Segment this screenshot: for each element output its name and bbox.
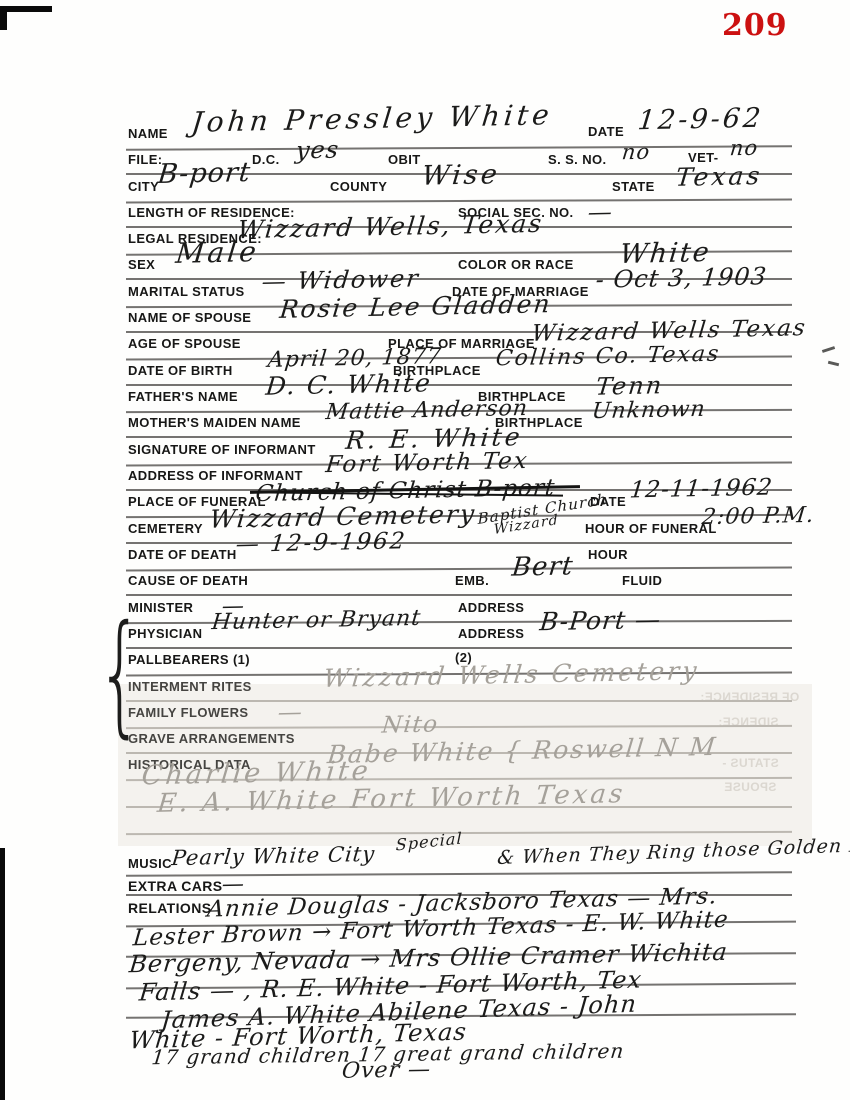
hour-of-funeral-value: 2:00 P.M. — [701, 503, 816, 530]
cemetery-label: CEMETERY — [128, 521, 203, 536]
signature-of-informant-label: SIGNATURE OF INFORMANT — [128, 442, 316, 457]
social-sec-value: — — [587, 198, 615, 227]
ssno-value: no — [621, 140, 652, 165]
county-value: Wise — [420, 159, 501, 192]
grave-arrangements-label: GRAVE ARRANGEMENTS — [128, 731, 295, 746]
scan-stray-mark-1 — [822, 346, 835, 353]
date-of-birth-label: DATE OF BIRTH — [128, 363, 233, 378]
pallbearers-label: PALLBEARERS (1) — [128, 652, 250, 667]
spouse-value: Rosie Lee Gladden — [278, 289, 553, 324]
interment-rites-label: INTERMENT RITES — [128, 679, 252, 694]
cause-of-death-label: CAUSE OF DEATH — [128, 573, 248, 588]
name-label: NAME — [128, 126, 168, 141]
obit-label: OBIT — [388, 152, 421, 167]
state-value: Texas — [674, 161, 764, 192]
scan-stray-mark-2 — [828, 361, 839, 367]
rule-line — [126, 542, 792, 544]
vet-value: no — [729, 136, 760, 161]
legal-residence-value: Wizzard Wells, Texas — [236, 209, 545, 244]
dc-value: yes — [295, 136, 341, 165]
dc-label: D.C. — [252, 152, 280, 167]
physician-address-value: B-Port — — [538, 605, 662, 637]
informant-address-value: Fort Worth Tex — [324, 448, 530, 478]
city-label: CITY — [128, 179, 159, 194]
date-value: 12-9-62 — [636, 103, 765, 137]
county-label: COUNTY — [330, 179, 387, 194]
state-label: STATE — [612, 179, 655, 194]
fluid-label: FLUID — [622, 573, 662, 588]
music-value-part1: Pearly White City — [171, 842, 377, 870]
father-value: D. C. White — [264, 368, 433, 400]
date-of-marriage-value: - Oct 3, 1903 — [594, 262, 768, 294]
rule-line — [126, 199, 792, 204]
marital-status-label: MARITAL STATUS — [128, 284, 245, 299]
marital-status-value: — Widower — [260, 264, 421, 295]
funeral-date-value: 12-11-1962 — [629, 475, 775, 504]
minister-address-label: ADDRESS — [458, 600, 524, 615]
physician-value: Hunter or Bryant — [210, 606, 422, 635]
sex-label: SEX — [128, 257, 155, 272]
birthplace-self-value: Collins Co. Texas — [494, 342, 721, 372]
emb-value: Bert — [510, 551, 575, 582]
ssno-label: S. S. NO. — [548, 152, 607, 167]
extra-cars-value: — — [221, 872, 247, 897]
scan-corner-mark-vertical — [0, 6, 7, 30]
rule-line-faint — [126, 700, 792, 702]
ghost-text-spouse: SPOUSE — [724, 780, 776, 794]
city-value: B-port — [156, 157, 252, 190]
over-note: Over — — [341, 1057, 433, 1084]
extra-cars-label: EXTRA CARS — [128, 878, 223, 894]
name-value: John Pressley White — [190, 98, 555, 139]
physician-address-label: ADDRESS — [458, 626, 524, 641]
grave-arrangements-value: Nito — [381, 711, 440, 738]
family-flowers-value: — — [277, 698, 305, 727]
rule-line — [126, 647, 792, 649]
date-of-death-label: DATE OF DEATH — [128, 547, 237, 562]
name-of-spouse-label: NAME OF SPOUSE — [128, 310, 251, 325]
page-number: 209 — [722, 8, 788, 43]
scanned-funeral-record-page: 209 OF RESIDENCE: SIDENCE: STATUS - SPOU… — [0, 0, 850, 1100]
father-birthplace-value: Tenn — [594, 371, 664, 400]
date-label: DATE — [588, 124, 624, 139]
hour-label: HOUR — [588, 547, 628, 562]
date-of-death-value: — 12-9-1962 — [234, 528, 407, 558]
scan-edge-bar — [0, 848, 5, 1100]
file-label: FILE: — [128, 152, 163, 167]
hour-of-funeral-label: HOUR OF FUNERAL — [585, 521, 717, 536]
ghost-text-status: STATUS - — [722, 756, 779, 770]
rule-line — [126, 384, 792, 386]
rule-line — [126, 567, 792, 572]
mother-birthplace-value: Unknown — [591, 397, 707, 424]
relations-label: RELATIONS — [128, 900, 211, 916]
music-label: MUSIC — [128, 856, 172, 871]
color-or-race-label: COLOR OR RACE — [458, 257, 574, 272]
emb-label: EMB. — [455, 573, 489, 588]
minister-label: MINISTER — [128, 600, 193, 615]
age-of-spouse-label: AGE OF SPOUSE — [128, 336, 241, 351]
sex-value: Male — [174, 235, 260, 270]
scan-corner-mark — [0, 6, 52, 12]
family-flowers-label: FAMILY FLOWERS — [128, 705, 248, 720]
fathers-name-label: FATHER'S NAME — [128, 389, 238, 404]
mothers-maiden-name-label: MOTHER'S MAIDEN NAME — [128, 415, 301, 430]
physician-label: PHYSICIAN — [128, 626, 202, 641]
